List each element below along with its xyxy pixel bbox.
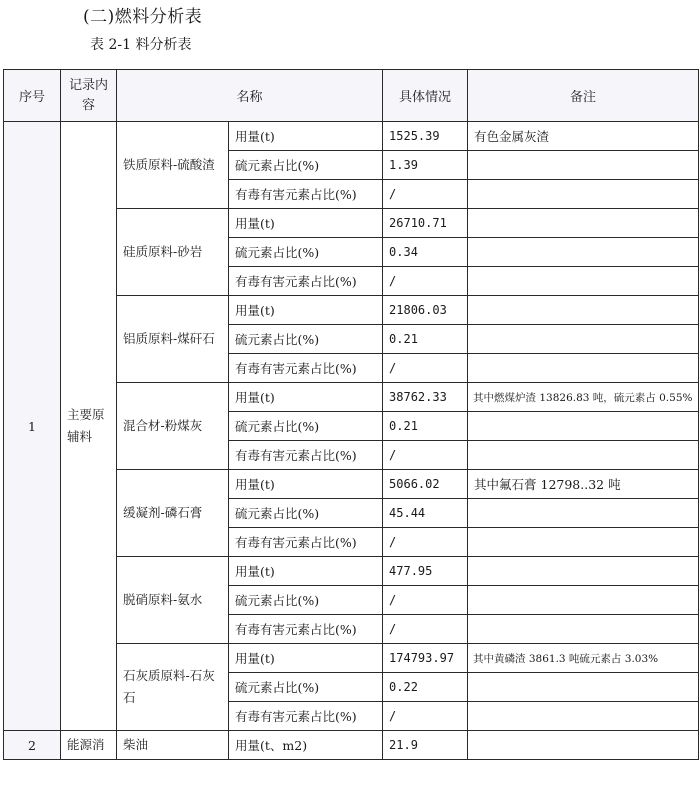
value-cell: /	[383, 702, 468, 731]
material-name: 石灰质原料-石灰石	[117, 644, 229, 731]
item-cell: 硫元素占比(%)	[229, 151, 383, 180]
item-cell: 有毒有害元素占比(%)	[229, 615, 383, 644]
item-cell: 有毒有害元素占比(%)	[229, 267, 383, 296]
remark-cell	[468, 296, 699, 325]
remark-cell	[468, 412, 699, 441]
value-cell: /	[383, 586, 468, 615]
item-cell: 硫元素占比(%)	[229, 325, 383, 354]
material-name: 脱硝原料-氨水	[117, 557, 229, 644]
seq-cell: 1	[4, 122, 61, 731]
material-name: 混合材-粉煤灰	[117, 383, 229, 470]
remark-cell	[468, 557, 699, 586]
material-name: 柴油	[117, 731, 229, 760]
remark-cell	[468, 441, 699, 470]
item-cell: 硫元素占比(%)	[229, 412, 383, 441]
value-cell: 0.34	[383, 238, 468, 267]
value-cell: 45.44	[383, 499, 468, 528]
header-remark: 备注	[468, 70, 699, 122]
header-seq: 序号	[4, 70, 61, 122]
table-row: 1 主要原辅料 铁质原料-硫酸渣 用量(t) 1525.39 有色金属灰渣	[4, 122, 699, 151]
item-cell: 用量(t、m2)	[229, 731, 383, 760]
item-cell: 用量(t)	[229, 209, 383, 238]
item-cell: 硫元素占比(%)	[229, 238, 383, 267]
remark-cell	[468, 151, 699, 180]
value-cell: 1525.39	[383, 122, 468, 151]
remark-cell	[468, 499, 699, 528]
item-cell: 有毒有害元素占比(%)	[229, 354, 383, 383]
value-cell: 174793.97	[383, 644, 468, 673]
value-cell: 0.21	[383, 412, 468, 441]
category-cell: 主要原辅料	[61, 122, 117, 731]
value-cell: 21.9	[383, 731, 468, 760]
value-cell: /	[383, 354, 468, 383]
item-cell: 有毒有害元素占比(%)	[229, 180, 383, 209]
material-name: 铝质原料-煤矸石	[117, 296, 229, 383]
value-cell: 21806.03	[383, 296, 468, 325]
remark-cell	[468, 209, 699, 238]
value-cell: 0.22	[383, 673, 468, 702]
material-name: 硅质原料-砂岩	[117, 209, 229, 296]
value-cell: /	[383, 180, 468, 209]
section-title: (二)燃料分析表	[83, 2, 202, 27]
value-cell: /	[383, 441, 468, 470]
header-detail: 具体情况	[383, 70, 468, 122]
item-cell: 硫元素占比(%)	[229, 499, 383, 528]
item-cell: 硫元素占比(%)	[229, 673, 383, 702]
item-cell: 有毒有害元素占比(%)	[229, 702, 383, 731]
fuel-analysis-table: 序号 记录内容 名称 具体情况 备注 1 主要原辅料 铁质原料-硫酸渣 用量(t…	[3, 69, 699, 760]
remark-cell	[468, 702, 699, 731]
remark-cell	[468, 528, 699, 557]
item-cell: 硫元素占比(%)	[229, 586, 383, 615]
value-cell: 0.21	[383, 325, 468, 354]
remark-cell	[468, 180, 699, 209]
seq-cell: 2	[4, 731, 61, 760]
remark-cell: 有色金属灰渣	[468, 122, 699, 151]
remark-cell: 其中燃煤炉渣 13826.83 吨，硫元素占 0.55%	[468, 383, 699, 412]
table-row: 2 能源消 柴油 用量(t、m2) 21.9	[4, 731, 699, 760]
value-cell: /	[383, 528, 468, 557]
value-cell: 1.39	[383, 151, 468, 180]
header-row: 序号 记录内容 名称 具体情况 备注	[4, 70, 699, 122]
item-cell: 用量(t)	[229, 122, 383, 151]
remark-cell	[468, 673, 699, 702]
item-cell: 用量(t)	[229, 296, 383, 325]
header-record: 记录内容	[61, 70, 117, 122]
item-cell: 用量(t)	[229, 644, 383, 673]
remark-cell: 其中氟石膏 12798..32 吨	[468, 470, 699, 499]
value-cell: 26710.71	[383, 209, 468, 238]
item-cell: 用量(t)	[229, 557, 383, 586]
remark-cell	[468, 615, 699, 644]
remark-cell	[468, 586, 699, 615]
header-name: 名称	[117, 70, 383, 122]
value-cell: 5066.02	[383, 470, 468, 499]
item-cell: 用量(t)	[229, 470, 383, 499]
material-name: 缓凝剂-磷石膏	[117, 470, 229, 557]
value-cell: /	[383, 615, 468, 644]
table-caption: 表 2-1 料分析表	[90, 34, 191, 54]
remark-cell	[468, 731, 699, 760]
remark-cell: 其中黄磷渣 3861.3 吨硫元素占 3.03%	[468, 644, 699, 673]
remark-cell	[468, 267, 699, 296]
item-cell: 有毒有害元素占比(%)	[229, 441, 383, 470]
value-cell: /	[383, 267, 468, 296]
remark-cell	[468, 354, 699, 383]
remark-cell	[468, 325, 699, 354]
category-cell: 能源消	[61, 731, 117, 760]
value-cell: 38762.33	[383, 383, 468, 412]
material-name: 铁质原料-硫酸渣	[117, 122, 229, 209]
item-cell: 有毒有害元素占比(%)	[229, 528, 383, 557]
value-cell: 477.95	[383, 557, 468, 586]
item-cell: 用量(t)	[229, 383, 383, 412]
remark-cell	[468, 238, 699, 267]
